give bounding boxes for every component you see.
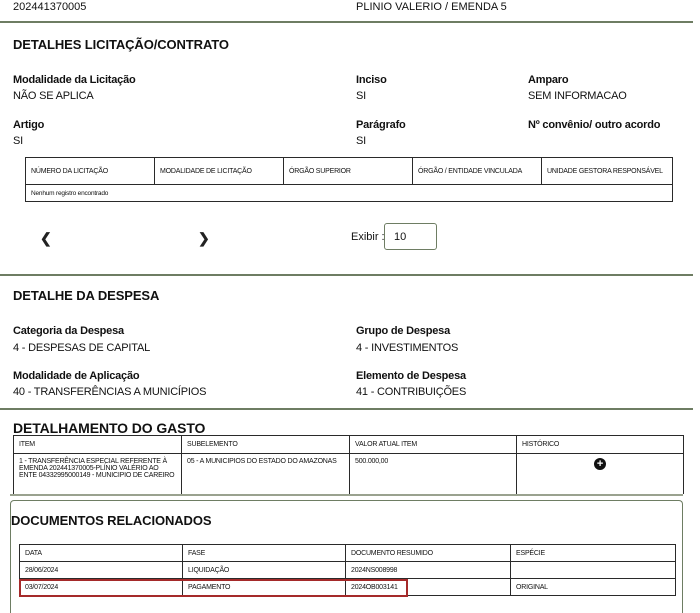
table-header-row: NÚMERO DA LICITAÇÃO MODALIDADE DE LICITA… [26,158,673,185]
section-title-gasto: DETALHAMENTO DO GASTO [13,420,205,436]
column-header: ITEM [14,436,182,454]
modalidade-licitacao-label: Modalidade da Licitação [13,74,136,86]
table-row: 28/06/2024 LIQUIDAÇÃO 2024NS008998 [20,562,676,579]
divider [0,408,693,410]
section-title-licitacao: DETALHES LICITAÇÃO/CONTRATO [13,37,229,52]
subelemento-cell: 05 - A MUNICIPIOS DO ESTADO DO AMAZONAS [182,454,350,494]
column-header: HISTÓRICO [517,436,684,454]
divider [0,21,693,23]
table-row-highlighted: 03/07/2024 PAGAMENTO 2024OB003141 ORIGIN… [20,579,676,596]
amparo-label: Amparo [528,74,568,86]
divider [10,494,683,496]
column-header: FASE [183,545,346,562]
data-cell: 03/07/2024 [20,579,183,596]
modalidade-aplicacao-label: Modalidade de Aplicação [13,370,139,382]
elemento-label: Elemento de Despesa [356,370,466,382]
documento-cell[interactable]: 2024NS008998 [346,562,511,579]
table-header-row: ITEM SUBELEMENTO VALOR ATUAL ITEM HISTÓR… [14,436,684,454]
column-header: ÓRGÃO SUPERIOR [284,158,413,185]
paragrafo-label: Parágrafo [356,119,406,131]
column-header: DATA [20,545,183,562]
chevron-right-icon[interactable]: ❯ [198,230,210,247]
chevron-left-icon[interactable]: ❮ [40,230,52,247]
documentos-table: DATA FASE DOCUMENTO RESUMIDO ESPÉCIE 28/… [19,544,676,596]
convenio-label: Nº convênio/ outro acordo [528,119,660,131]
section-title-despesa: DETALHE DA DESPESA [13,288,159,303]
inciso-value: SI [356,90,366,102]
column-header: MODALIDADE DE LICITAÇÃO [155,158,284,185]
artigo-value: SI [13,135,23,147]
fase-cell: PAGAMENTO [183,579,346,596]
especie-cell: ORIGINAL [511,579,676,596]
especie-cell [511,562,676,579]
column-header: VALOR ATUAL ITEM [350,436,517,454]
modalidade-licitacao-value: NÃO SE APLICA [13,90,94,102]
table-row: 1 - TRANSFERÊNCIA ESPECIAL REFERENTE À E… [14,454,684,494]
data-cell: 28/06/2024 [20,562,183,579]
exibir-label: Exibir : [351,231,385,243]
empty-message: Nenhum registro encontrado [26,185,673,202]
item-cell: 1 - TRANSFERÊNCIA ESPECIAL REFERENTE À E… [14,454,182,494]
amparo-value: SEM INFORMACAO [528,90,627,102]
modalidade-aplicacao-value: 40 - TRANSFERÊNCIAS A MUNICÍPIOS [13,386,206,398]
historico-cell: + [517,454,684,494]
grupo-value: 4 - INVESTIMENTOS [356,342,458,354]
elemento-value: 41 - CONTRIBUIÇÕES [356,386,466,398]
fase-cell: LIQUIDAÇÃO [183,562,346,579]
section-title-documentos: DOCUMENTOS RELACIONADOS [11,513,211,528]
licitacao-table: NÚMERO DA LICITAÇÃO MODALIDADE DE LICITA… [25,157,673,202]
inciso-label: Inciso [356,74,387,86]
emenda-id: 202441370005 [13,1,86,13]
divider [0,274,693,276]
exibir-input[interactable] [384,223,437,250]
paragrafo-value: SI [356,135,366,147]
table-row: Nenhum registro encontrado [26,185,673,202]
column-header: SUBELEMENTO [182,436,350,454]
column-header: ESPÉCIE [511,545,676,562]
categoria-value: 4 - DESPESAS DE CAPITAL [13,342,150,354]
artigo-label: Artigo [13,119,44,131]
emenda-title: PLINIO VALERIO / EMENDA 5 [356,1,507,13]
categoria-label: Categoria da Despesa [13,325,124,337]
gasto-table: ITEM SUBELEMENTO VALOR ATUAL ITEM HISTÓR… [13,435,684,494]
plus-circle-icon[interactable]: + [594,458,606,470]
valor-cell: 500.000,00 [350,454,517,494]
column-header: ÓRGÃO / ENTIDADE VINCULADA [413,158,542,185]
documento-cell[interactable]: 2024OB003141 [346,579,511,596]
column-header: NÚMERO DA LICITAÇÃO [26,158,155,185]
column-header: UNIDADE GESTORA RESPONSÁVEL [542,158,673,185]
grupo-label: Grupo de Despesa [356,325,450,337]
column-header: DOCUMENTO RESUMIDO [346,545,511,562]
table-header-row: DATA FASE DOCUMENTO RESUMIDO ESPÉCIE [20,545,676,562]
